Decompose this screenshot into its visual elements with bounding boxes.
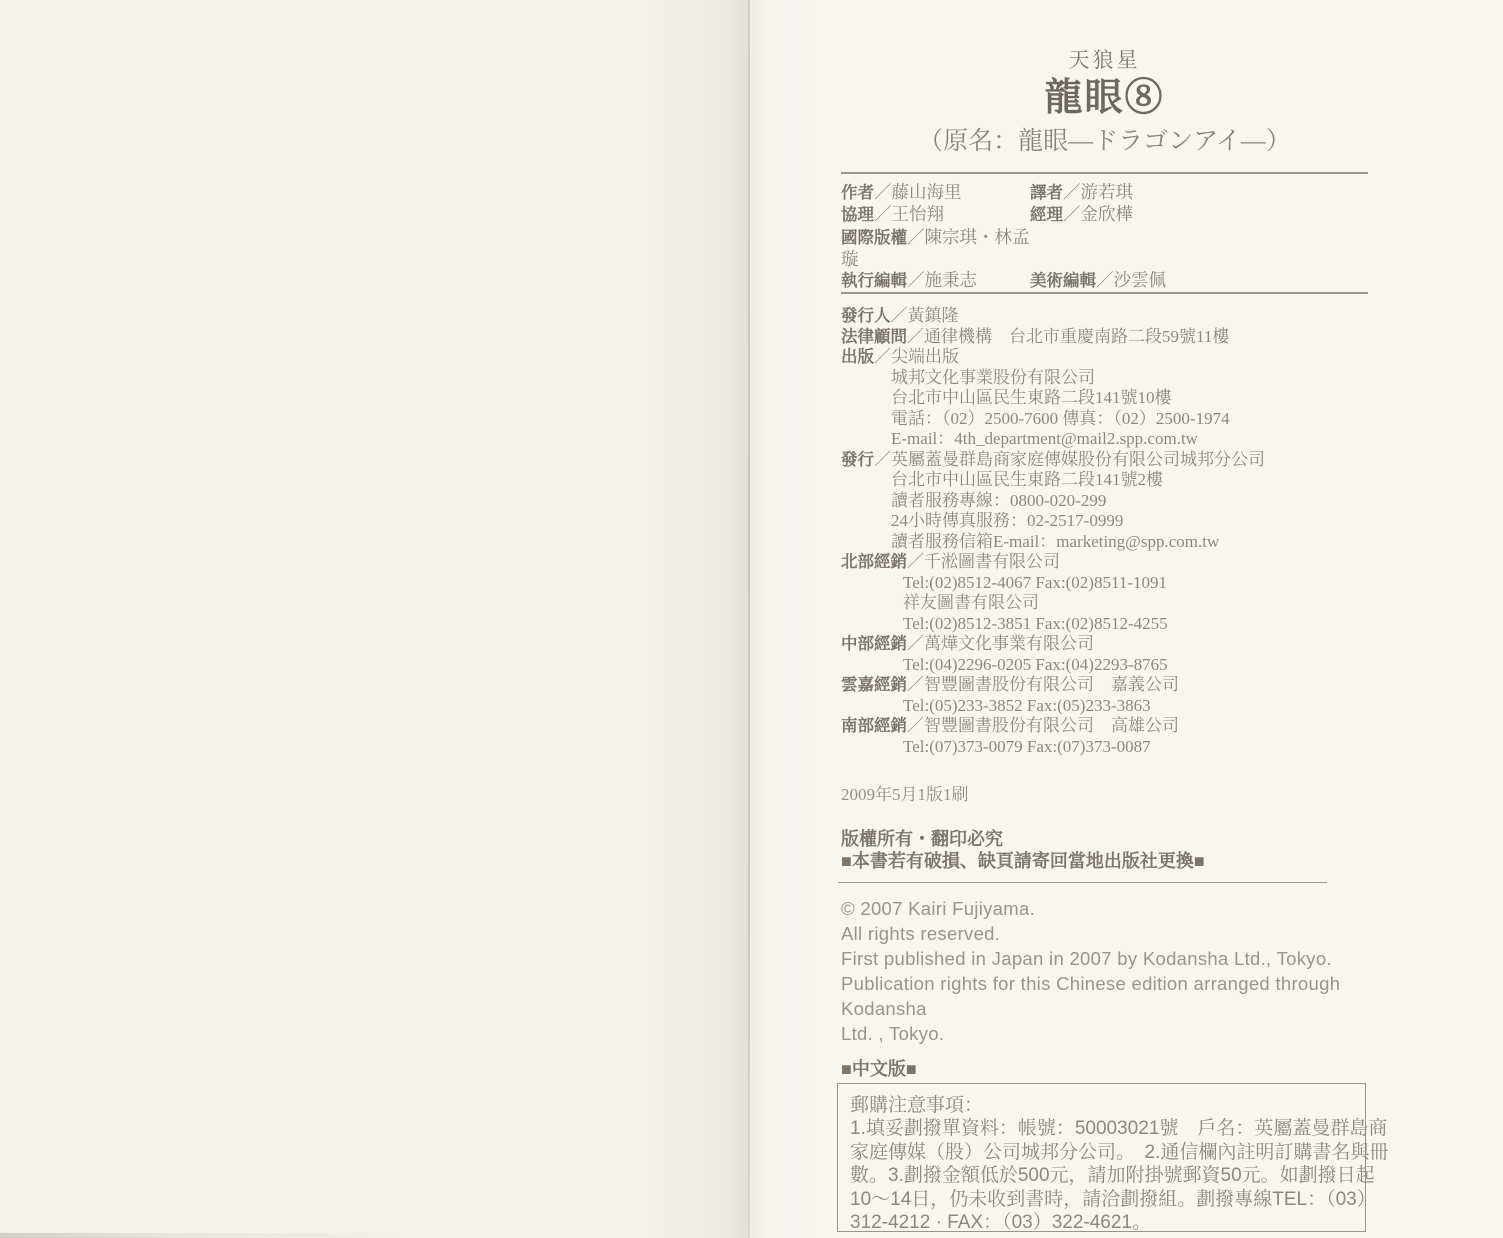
- scan-bottom-edge: [0, 1233, 420, 1238]
- credit-role-label: 執行編輯: [841, 272, 907, 290]
- credits-right-cell: [1030, 227, 1368, 271]
- publisher-line: 電話：（02）2500-7600 傳真：（02）2500-1974: [841, 409, 1368, 430]
- publisher-value: ／通律機構 台北市重慶南路二段59號11樓: [907, 327, 1229, 346]
- english-copyright-line: First published in Japan in 2007 by Koda…: [841, 946, 1368, 971]
- book-gutter: [748, 0, 750, 1238]
- publisher-line: 雲嘉經銷／智豐圖書股份有限公司 嘉義公司: [841, 675, 1368, 696]
- english-copyright-line: Ltd. , Tokyo.: [841, 1021, 1368, 1046]
- publisher-line: 讀者服務專線：0800-020-299: [841, 491, 1368, 512]
- copyright-notice: 版權所有・翻印必究: [841, 828, 1368, 850]
- publisher-line: 台北市中山區民生東路二段141號10樓: [841, 388, 1368, 409]
- publisher-value: ／英屬蓋曼群島商家庭傳媒股份有限公司城邦分公司: [874, 450, 1265, 469]
- edition-printing: 2009年5月1版1刷: [841, 785, 1368, 806]
- publisher-role-label: 南部經銷: [841, 717, 907, 735]
- mail-order-line: 1.填妥劃撥單資料：帳號：50003021號 戶名：英屬蓋曼群島商: [850, 1117, 1353, 1140]
- publisher-value: Tel:(05)233-3852 Fax:(05)233-3863: [903, 696, 1151, 715]
- credit-role-label: 協理: [841, 206, 874, 224]
- english-copyright-line: © 2007 Kairi Fujiyama.: [841, 896, 1368, 921]
- publisher-block: 發行人／黃鎮隆 法律顧問／通律機構 台北市重慶南路二段59號11樓 出版／尖端出…: [841, 306, 1368, 757]
- publisher-line: 北部經銷／千淞圖書有限公司: [841, 552, 1368, 573]
- publisher-value: 城邦文化事業股份有限公司: [891, 368, 1095, 387]
- replacement-notice: ■本書若有破損、缺頁請寄回當地出版社更換■: [841, 850, 1368, 872]
- publisher-value: E-mail：4th_department@mail2.spp.com.tw: [891, 429, 1198, 448]
- divider-rule-credits: [841, 292, 1368, 294]
- publisher-role-label: 北部經銷: [841, 553, 907, 571]
- publisher-value: Tel:(02)8512-3851 Fax:(02)8512-4255: [903, 614, 1168, 633]
- english-copyright-block: © 2007 Kairi Fujiyama. All rights reserv…: [841, 896, 1368, 1046]
- credits-row: 協理／王怡翔 經理／金欣樺: [841, 204, 1368, 226]
- credits-left-cell: 作者／藤山海里: [841, 182, 1030, 204]
- publisher-value: 電話：（02）2500-7600 傳真：（02）2500-1974: [891, 409, 1230, 428]
- publisher-value: 24小時傳真服務：02-2517-0999: [891, 511, 1123, 530]
- mail-order-line: 312-4212 · FAX：（03）322-4621。: [850, 1211, 1353, 1234]
- credits-row: 作者／藤山海里 譯者／游若琪: [841, 182, 1368, 204]
- credits-row: 國際版權／陳宗琪・林孟璇: [841, 227, 1368, 271]
- credits-right-cell: 經理／金欣樺: [1030, 204, 1368, 226]
- mail-order-line: 10～14日，仍未收到書時，請洽劃撥組。劃撥專線TEL：（03）: [850, 1188, 1353, 1211]
- divider-rule-bottom: [838, 882, 1327, 883]
- mail-order-line: 數。3.劃撥金額低於500元，請加附掛號郵資50元。如劃撥日起: [850, 1164, 1353, 1187]
- colophon-content: 天狼星 龍眼⑧ （原名：龍眼—ドラゴンアイ—） 作者／藤山海里 譯者／游若琪 協…: [841, 0, 1368, 1232]
- publisher-line: Tel:(02)8512-3851 Fax:(02)8512-4255: [841, 614, 1368, 635]
- publisher-line: E-mail：4th_department@mail2.spp.com.tw: [841, 429, 1368, 450]
- publisher-line: Tel:(04)2296-0205 Fax:(04)2293-8765: [841, 655, 1368, 676]
- publisher-value: ／萬燁文化事業有限公司: [907, 634, 1094, 653]
- publisher-role-label: 法律顧問: [841, 328, 907, 346]
- publisher-value: 讀者服務專線：0800-020-299: [891, 491, 1106, 510]
- publisher-value: 讀者服務信箱E-mail：marketing@spp.com.tw: [891, 532, 1219, 551]
- publisher-line: 發行人／黃鎮隆: [841, 306, 1368, 327]
- publisher-value: 台北市中山區民生東路二段141號2樓: [891, 470, 1163, 489]
- credit-name: ／施秉志: [907, 270, 977, 290]
- publisher-role-label: 發行: [841, 451, 874, 469]
- publisher-role-label: 中部經銷: [841, 635, 907, 653]
- credits-left-cell: 國際版權／陳宗琪・林孟璇: [841, 227, 1030, 271]
- chinese-edition-label: ■中文版■: [841, 1058, 1368, 1080]
- english-copyright-line: Publication rights for this Chinese edit…: [841, 971, 1368, 1021]
- credits-left-cell: 協理／王怡翔: [841, 204, 1030, 226]
- publisher-line: 台北市中山區民生東路二段141號2樓: [841, 470, 1368, 491]
- credit-role-label: 作者: [841, 184, 874, 202]
- publisher-line: 中部經銷／萬燁文化事業有限公司: [841, 634, 1368, 655]
- publisher-value: ／千淞圖書有限公司: [907, 552, 1060, 571]
- publisher-value: ／黃鎮隆: [891, 306, 959, 325]
- publisher-line: 法律顧問／通律機構 台北市重慶南路二段59號11樓: [841, 327, 1368, 348]
- credits-right-cell: 美術編輯／沙雲佩: [1030, 270, 1368, 292]
- publisher-value: ／智豐圖書股份有限公司 嘉義公司: [907, 675, 1179, 694]
- mail-order-notice-box: 郵購注意事項： 1.填妥劃撥單資料：帳號：50003021號 戶名：英屬蓋曼群島…: [837, 1083, 1366, 1232]
- publisher-line: 祥友圖書有限公司: [841, 593, 1368, 614]
- publisher-line: Tel:(07)373-0079 Fax:(07)373-0087: [841, 737, 1368, 758]
- credits-right-cell: 譯者／游若琪: [1030, 182, 1368, 204]
- credit-role-label: 國際版權: [841, 229, 907, 247]
- publisher-role-label: 出版: [841, 348, 874, 366]
- credit-name: ／游若琪: [1063, 182, 1133, 202]
- publisher-value: ／智豐圖書股份有限公司 高雄公司: [907, 716, 1179, 735]
- mail-order-line: 家庭傳媒（股）公司城邦分公司。 2.通信欄內註明訂購書名與冊: [850, 1141, 1353, 1164]
- credit-role-label: 經理: [1030, 206, 1063, 224]
- publisher-value: 台北市中山區民生東路二段141號10樓: [891, 388, 1172, 407]
- title-block: 天狼星 龍眼⑧ （原名：龍眼—ドラゴンアイ—）: [841, 48, 1368, 158]
- credit-name: ／藤山海里: [874, 182, 962, 202]
- publisher-line: 南部經銷／智豐圖書股份有限公司 高雄公司: [841, 716, 1368, 737]
- publisher-role-label: 雲嘉經銷: [841, 676, 907, 694]
- publisher-value: Tel:(07)373-0079 Fax:(07)373-0087: [903, 737, 1151, 756]
- credit-role-label: 譯者: [1030, 184, 1063, 202]
- publisher-line: 發行／英屬蓋曼群島商家庭傳媒股份有限公司城邦分公司: [841, 450, 1368, 471]
- publisher-line: Tel:(02)8512-4067 Fax:(02)8511-1091: [841, 573, 1368, 594]
- credit-name: ／金欣樺: [1063, 204, 1133, 224]
- credits-row: 執行編輯／施秉志 美術編輯／沙雲佩: [841, 270, 1368, 292]
- divider-rule-top: [841, 172, 1368, 174]
- publisher-role-label: 發行人: [841, 307, 891, 325]
- original-title: （原名：龍眼—ドラゴンアイ—）: [841, 126, 1368, 158]
- publisher-value: ／尖端出版: [874, 347, 959, 366]
- credits-left-cell: 執行編輯／施秉志: [841, 270, 1030, 292]
- book-title: 龍眼⑧: [841, 76, 1368, 120]
- credits-block: 作者／藤山海里 譯者／游若琪 協理／王怡翔 經理／金欣樺 國際版權／陳宗琪・林孟…: [841, 182, 1368, 292]
- publisher-value: Tel:(04)2296-0205 Fax:(04)2293-8765: [903, 655, 1168, 674]
- publisher-line: 讀者服務信箱E-mail：marketing@spp.com.tw: [841, 532, 1368, 553]
- series-title: 天狼星: [841, 48, 1368, 72]
- credit-name: ／王怡翔: [874, 204, 944, 224]
- credit-role-label: 美術編輯: [1030, 272, 1096, 290]
- mail-order-line: 郵購注意事項：: [850, 1094, 1353, 1117]
- publisher-line: 24小時傳真服務：02-2517-0999: [841, 511, 1368, 532]
- credit-name: ／沙雲佩: [1096, 270, 1166, 290]
- facing-blank-page: [0, 0, 750, 1238]
- publisher-line: 城邦文化事業股份有限公司: [841, 368, 1368, 389]
- publisher-line: Tel:(05)233-3852 Fax:(05)233-3863: [841, 696, 1368, 717]
- publisher-line: 出版／尖端出版: [841, 347, 1368, 368]
- publisher-value: Tel:(02)8512-4067 Fax:(02)8511-1091: [903, 573, 1167, 592]
- publisher-value: 祥友圖書有限公司: [903, 593, 1039, 612]
- english-copyright-line: All rights reserved.: [841, 921, 1368, 946]
